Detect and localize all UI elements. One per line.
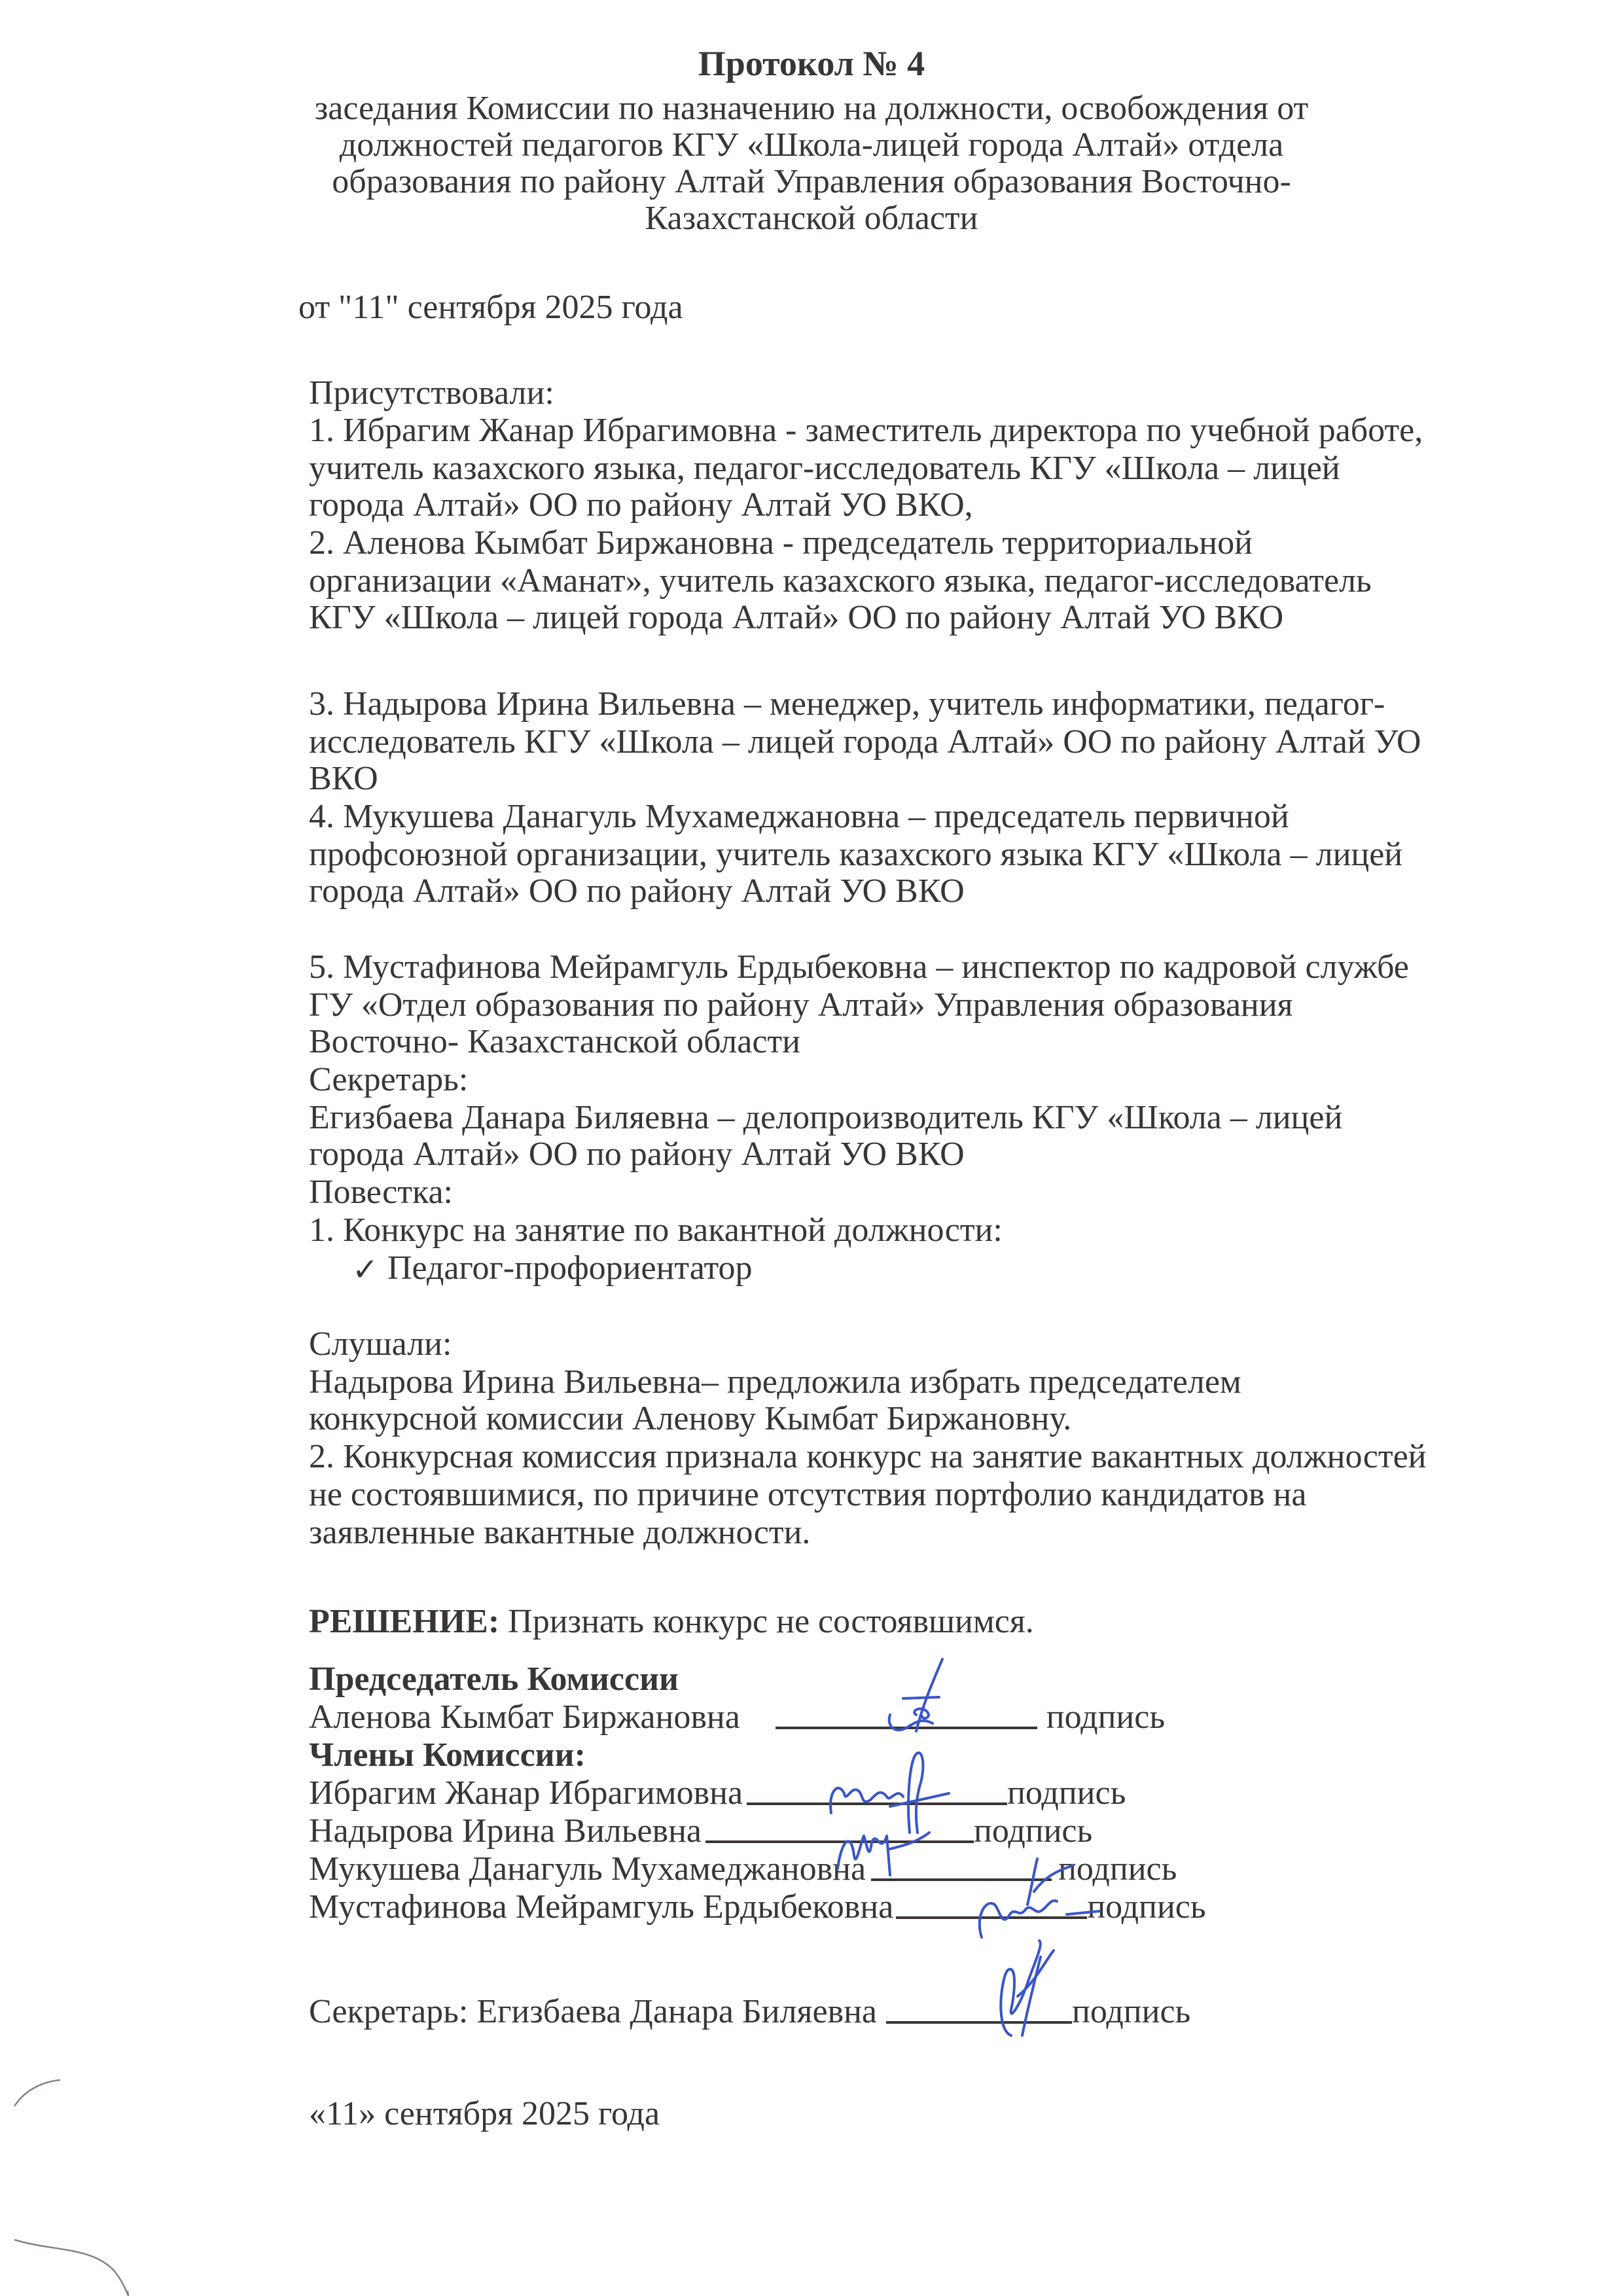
heard-line: Надырова Ирина Вильевна– предложила избр… <box>309 1365 1241 1399</box>
heard-line: 2. Конкурсная комиссия признала конкурс … <box>309 1440 1427 1474</box>
attendee-line: исследователь КГУ «Школа – лицей города … <box>309 725 1421 759</box>
subtitle-line: должностей педагогов КГУ «Школа-лицей го… <box>0 128 1623 162</box>
members-heading: Члены Комиссии: <box>309 1738 586 1772</box>
heard-line: конкурсной комиссии Аленову Кымбат Биржа… <box>309 1402 1071 1436</box>
attendee-line: города Алтай» ОО по району Алтай УО ВКО <box>309 874 965 908</box>
secretary-line: Егизбаева Данара Биляевна – делопроизвод… <box>309 1101 1342 1135</box>
member-signature-row: Ибрагим Жанар Ибрагимовнаподпись <box>309 1776 1126 1810</box>
attendee-line: КГУ «Школа – лицей города Алтай» ОО по р… <box>309 601 1283 635</box>
footer-date: «11» сентября 2025 года <box>309 2097 660 2131</box>
document-title: Протокол № 4 <box>0 46 1623 81</box>
document-page: Протокол № 4 заседания Комиссии по назна… <box>0 0 1623 2296</box>
attendee-line: ГУ «Отдел образования по району Алтай» У… <box>309 988 1293 1022</box>
attendees-heading: Присутствовали: <box>309 376 554 410</box>
signature-label: подпись <box>974 1812 1092 1850</box>
signature-label: подпись <box>1007 1774 1126 1812</box>
secretary-signature-icon <box>982 1937 1073 2042</box>
checkmark-icon: ✓ <box>352 1251 378 1288</box>
attendee-line: профсоюзной организации, учитель казахск… <box>309 838 1402 872</box>
signer-name: Надырова Ирина Вильевна <box>309 1812 702 1850</box>
member-signature-icon <box>831 1816 936 1888</box>
attendee-line: 3. Надырова Ирина Вильевна – менеджер, у… <box>309 687 1385 721</box>
signer-name: Ибрагим Жанар Ибрагимовна <box>309 1774 743 1812</box>
chair-signature-row: Аленова Кымбат Биржановнаподпись <box>309 1700 1165 1734</box>
agenda-heading: Повестка: <box>309 1175 453 1210</box>
member-signature-row: Надырова Ирина Вильевнаподпись <box>309 1814 1092 1848</box>
meeting-date: от "11" сентября 2025 года <box>298 291 683 325</box>
subtitle-line: заседания Комиссии по назначению на долж… <box>0 92 1623 126</box>
signature-label: подпись <box>1046 1698 1165 1736</box>
secretary-heading: Секретарь: <box>309 1063 468 1097</box>
signature-label: подпись <box>1072 1993 1190 2030</box>
attendee-line: Восточно- Казахстанской области <box>309 1025 800 1059</box>
scan-margin-mark <box>0 2062 170 2296</box>
subtitle-line: Казахстанской области <box>0 202 1623 236</box>
heard-line: не состоявшимися, по причине отсутствия … <box>309 1478 1306 1512</box>
attendee-line: ВКО <box>309 762 378 796</box>
signer-name: Аленова Кымбат Биржановна <box>309 1698 740 1736</box>
chair-signature-icon <box>877 1653 955 1738</box>
secretary-line: города Алтай» ОО по району Алтай УО ВКО <box>309 1138 965 1172</box>
attendee-line: организации «Аманат», учитель казахского… <box>309 564 1372 598</box>
attendee-line: 2. Аленова Кымбат Биржановна - председат… <box>309 526 1253 560</box>
signer-name: Мустафинова Мейрамгуль Ердыбековна <box>309 1888 893 1926</box>
decision: РЕШЕНИЕ: Признать конкурс не состоявшимс… <box>309 1605 1034 1639</box>
signer-name: Секретарь: Егизбаева Данара Биляевна <box>309 1993 877 2030</box>
member-signature-icon <box>969 1885 1119 1944</box>
subtitle-line: образования по району Алтай Управления о… <box>0 165 1623 199</box>
agenda-position: Педагог-профориентатор <box>387 1251 753 1285</box>
chair-heading: Председатель Комиссии <box>309 1662 679 1696</box>
heard-line: заявленные вакантные должности. <box>309 1516 810 1550</box>
attendee-line: учитель казахского языка, педагог-исслед… <box>309 452 1340 486</box>
heard-heading: Слушали: <box>309 1327 452 1361</box>
decision-label: РЕШЕНИЕ: <box>309 1603 499 1640</box>
attendee-line: 5. Мустафинова Мейрамгуль Ердыбековна – … <box>309 950 1409 984</box>
attendee-line: 4. Мукушева Данагуль Мухамеджановна – пр… <box>309 800 1289 834</box>
agenda-item: 1. Конкурс на занятие по вакантной должн… <box>309 1213 1003 1247</box>
attendee-line: города Алтай» ОО по району Алтай УО ВКО, <box>309 488 973 522</box>
attendee-line: 1. Ибрагим Жанар Ибрагимовна - заместите… <box>309 414 1423 448</box>
signer-name: Мукушева Данагуль Мухамеджановна <box>309 1850 866 1888</box>
decision-text: Признать конкурс не состоявшимся. <box>499 1603 1034 1640</box>
